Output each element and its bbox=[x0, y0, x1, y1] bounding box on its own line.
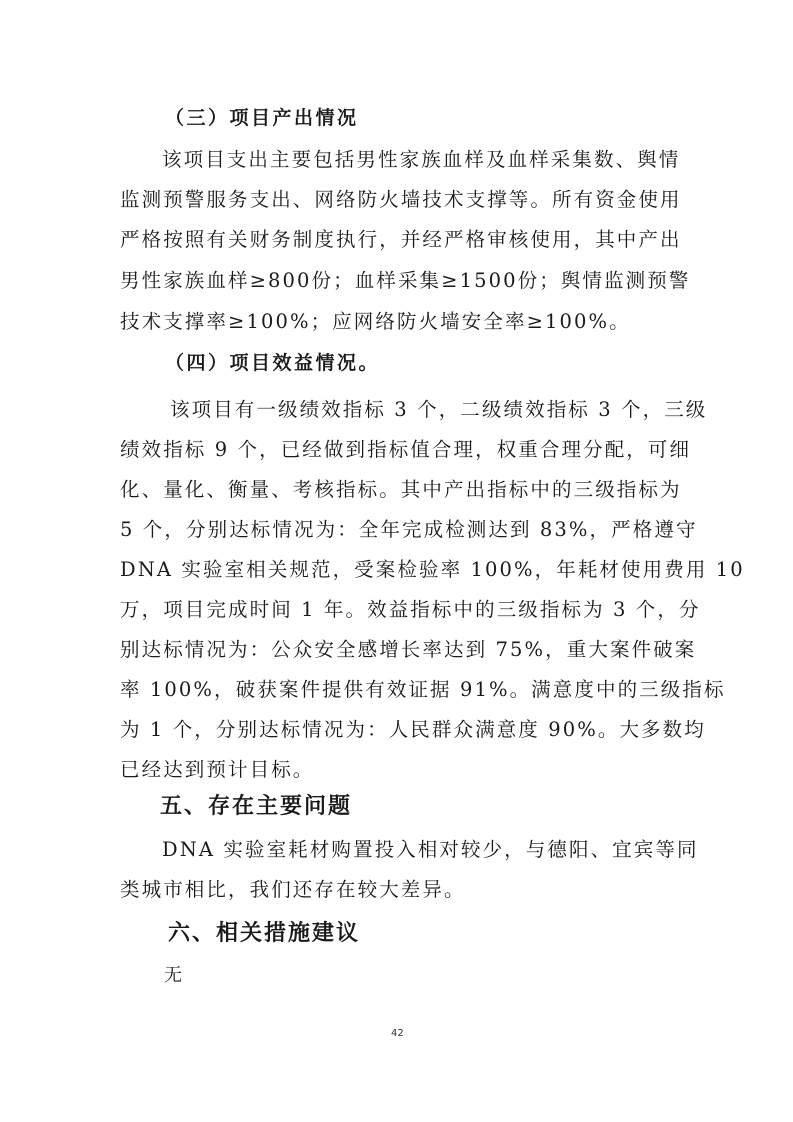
section-4-text-line: 绩效指标 9 个，已经做到指标值合理，权重合理分配，可细 bbox=[120, 438, 691, 462]
section-4-heading: （四）项目效益情况。 bbox=[165, 351, 380, 375]
section-3-text-line: 该项目支出主要包括男性家族血样及血样采集数、舆情 bbox=[162, 148, 680, 172]
page-number: 42 bbox=[391, 1028, 404, 1039]
section-4-text-line: DNA 实验室相关规范，受案检验率 100%，年耗材使用费用 10 bbox=[120, 558, 745, 582]
section-4-text-line: 为 1 个，分别达标情况为：人民群众满意度 90%。大多数均 bbox=[120, 718, 706, 742]
section-4-text-line: 已经达到预计目标。 bbox=[120, 758, 314, 782]
section-4-text-line: 率 100%，破获案件提供有效证据 91%。满意度中的三级指标 bbox=[120, 678, 726, 702]
section-5-heading: 五、存在主要问题 bbox=[160, 795, 352, 819]
section-6-text: 无 bbox=[164, 964, 184, 988]
section-3-heading: （三）项目产出情况 bbox=[165, 106, 359, 130]
section-4-text-line: 化、量化、衡量、考核指标。其中产出指标中的三级指标为 bbox=[120, 478, 682, 502]
section-4-text-line: 5 个，分别达标情况为：全年完成检测达到 83%，严格遵守 bbox=[120, 518, 698, 542]
section-6-heading: 六、相关措施建议 bbox=[168, 922, 360, 946]
section-3-text-line: 男性家族血样≥800份；血样采集≥1500份；舆情监测预警 bbox=[120, 269, 690, 293]
section-3-text-line: 严格按照有关财务制度执行，并经严格审核使用，其中产出 bbox=[120, 228, 682, 252]
section-5-text-line: DNA 实验室耗材购置投入相对较少，与德阳、宜宾等同 bbox=[162, 838, 699, 862]
section-4-text-line: 别达标情况为：公众安全感增长率达到 75%，重大案件破案 bbox=[120, 638, 696, 662]
section-3-text-line: 技术支撑率≥100%；应网络防火墙安全率≥100%。 bbox=[120, 310, 631, 334]
section-5-text-line: 类城市相比，我们还存在较大差异。 bbox=[120, 878, 466, 902]
section-3-text-line: 监测预警服务支出、网络防火墙技术支撑等。所有资金使用 bbox=[120, 188, 682, 212]
section-4-text-line: 万，项目完成时间 1 年。效益指标中的三级指标为 3 个，分 bbox=[120, 598, 701, 622]
section-4-text-line: 该项目有一级绩效指标 3 个，二级绩效指标 3 个，三级 bbox=[170, 398, 707, 422]
